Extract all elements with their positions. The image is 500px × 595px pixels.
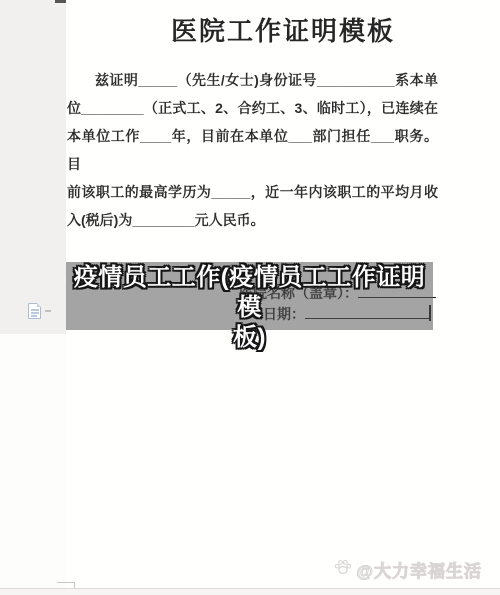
document-body: 兹证明_____（先生/女士)身份证号__________系本单 位______… (67, 66, 438, 234)
watermark-text: @大力幸福生活 (356, 557, 482, 582)
dropdown-dash-icon (45, 310, 51, 312)
overlay-caption: 疫情员工工作(疫情员工工作证明模 板) (66, 263, 433, 353)
screenshot-stage: 医院工作证明模板 兹证明_____（先生/女士)身份证号__________系本… (0, 0, 500, 595)
document-page[interactable]: 医院工作证明模板 兹证明_____（先生/女士)身份证号__________系本… (66, 0, 500, 588)
body-line-1: 兹证明_____（先生/女士)身份证号__________系本单 (67, 66, 438, 94)
page-thumbnail-icon[interactable] (28, 303, 41, 319)
body-line-2: 位________（正式工、2、合约工、3、临时工），已连续在 (67, 94, 438, 122)
below-divider-area (0, 589, 500, 595)
overlay-caption-line-1: 疫情员工工作(疫情员工工作证明模 (66, 263, 433, 323)
creator-watermark: @大力幸福生活 (333, 557, 482, 582)
body-line-4: 前该职工的最高学历为_____，近一年内该职工的平均月收 (67, 178, 438, 206)
body-line-5: 入(税后)为________元人民币。 (67, 206, 438, 234)
body-line-3: 本单位工作____年，目前在本单位___部门担任___职务。目 (67, 122, 438, 178)
document-title: 医院工作证明模板 (66, 11, 500, 48)
viewer-gutter (0, 0, 66, 334)
overlay-caption-line-2: 板) (66, 323, 433, 353)
paw-icon (333, 557, 353, 582)
